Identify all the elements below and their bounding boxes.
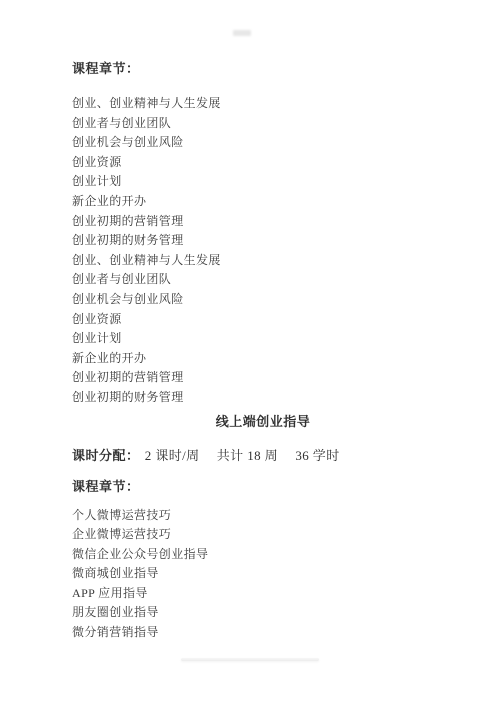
chapter-item: 创业计划	[72, 172, 454, 192]
chapter-item: 新企业的开办	[72, 192, 454, 212]
chapter-item: 新企业的开办	[72, 349, 454, 369]
chapter-item: 微商城创业指导	[72, 564, 454, 584]
chapter-item: 创业计划	[72, 329, 454, 349]
chapter-item: 创业者与创业团队	[72, 114, 454, 134]
chapters-heading-offline: 课程章节：	[72, 60, 454, 77]
chapter-item: 微分销营销指导	[72, 623, 454, 643]
chapter-item: 微信企业公众号创业指导	[72, 545, 454, 565]
hours-allocation-line: 课时分配： 2 课时/周 共计 18 周 36 学时	[72, 447, 454, 465]
chapter-item: APP 应用指导	[72, 584, 454, 604]
chapter-item: 创业机会与创业风险	[72, 290, 454, 310]
chapter-item: 创业初期的营销管理	[72, 368, 454, 388]
chapter-item: 创业、创业精神与人生发展	[72, 251, 454, 271]
chapter-item: 创业者与创业团队	[72, 270, 454, 290]
document-page: 课程章节： 创业、创业精神与人生发展 创业者与创业团队 创业机会与创业风险 创业…	[0, 0, 500, 707]
document-content: 课程章节： 创业、创业精神与人生发展 创业者与创业团队 创业机会与创业风险 创业…	[0, 0, 500, 643]
total-class-hours: 36 学时	[295, 448, 339, 463]
hours-per-week: 2 课时/周	[145, 448, 200, 463]
chapter-list-online: 个人微博运营技巧 企业微博运营技巧 微信企业公众号创业指导 微商城创业指导 AP…	[72, 506, 454, 643]
chapter-item: 创业资源	[72, 310, 454, 330]
chapter-item: 朋友圈创业指导	[72, 603, 454, 623]
chapter-item: 创业初期的财务管理	[72, 231, 454, 251]
chapter-item: 创业初期的营销管理	[72, 212, 454, 232]
total-weeks: 共计 18 周	[217, 448, 278, 463]
chapter-list-offline: 创业、创业精神与人生发展 创业者与创业团队 创业机会与创业风险 创业资源 创业计…	[72, 94, 454, 408]
page-edge-shadow	[181, 658, 319, 661]
chapter-item: 创业机会与创业风险	[72, 133, 454, 153]
chapters-heading-online: 课程章节：	[72, 478, 454, 495]
chapter-item: 创业、创业精神与人生发展	[72, 94, 454, 114]
chapter-item: 创业资源	[72, 153, 454, 173]
hours-allocation-label: 课时分配：	[72, 448, 140, 463]
chapter-item: 创业初期的财务管理	[72, 388, 454, 408]
chapter-item: 企业微博运营技巧	[72, 525, 454, 545]
chapter-item: 个人微博运营技巧	[72, 506, 454, 526]
online-section-title: 线上端创业指导	[72, 413, 454, 430]
